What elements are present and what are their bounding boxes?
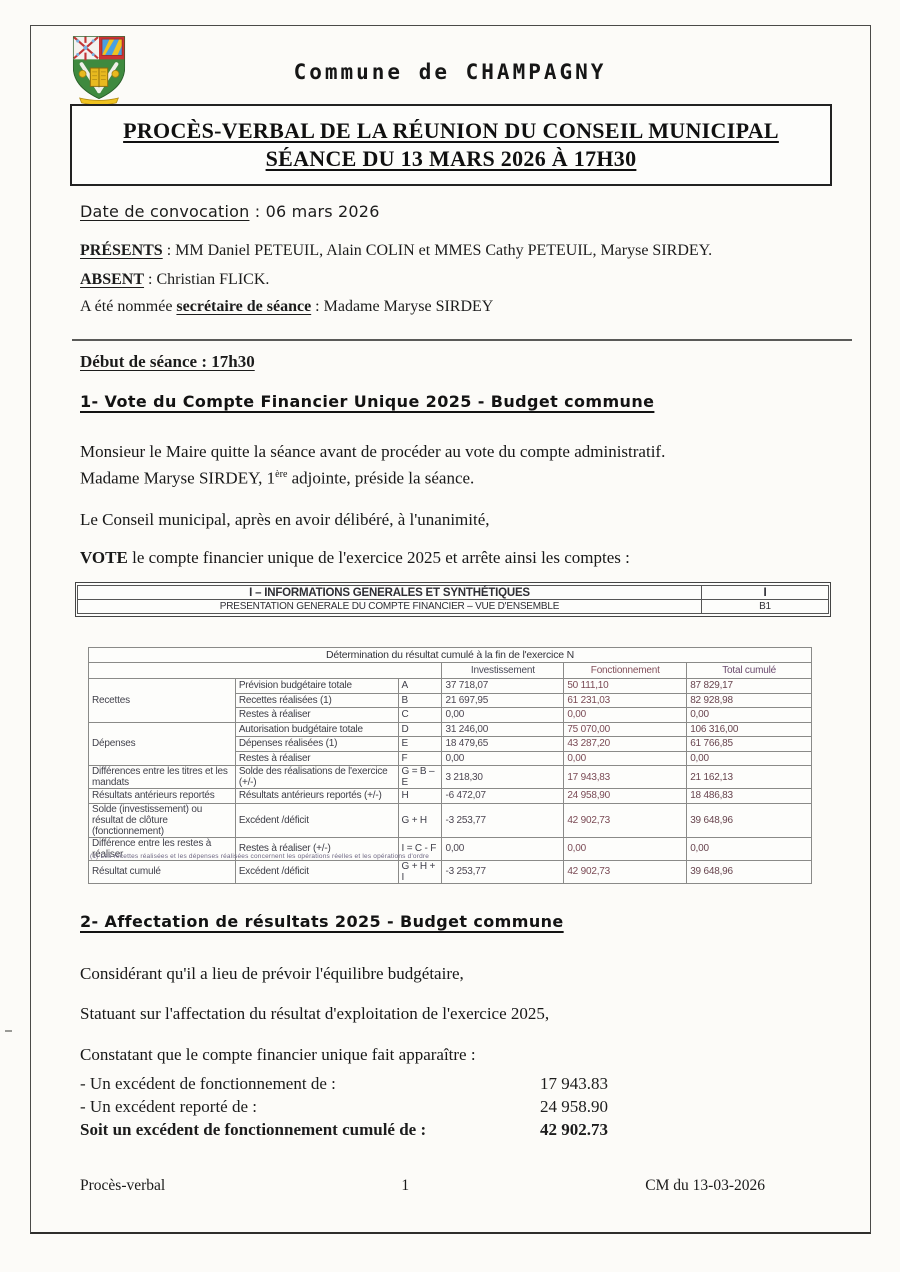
value-cell: 3 218,30 [442,766,564,789]
value-cell: 0,00 [687,708,812,723]
value-cell: 0,00 [442,751,564,766]
code-cell: E [398,737,442,752]
label-cell: Dépenses réalisées (1) [235,737,398,752]
info-table-row: I – INFORMATIONS GENERALES ET SYNTHÉTIQU… [78,586,829,600]
fin-table-header-blank [89,663,442,679]
result-row-total: Soit un excédent de fonctionnement cumul… [80,1118,720,1141]
table-row: Résultat cumulé Excédent /déficit G + H … [89,860,812,883]
value-cell: 21 162,13 [687,766,812,789]
label-cell: Excédent /déficit [235,860,398,883]
label-cell: Prévision budgétaire totale [235,679,398,694]
results-summary: - Un excédent de fonctionnement de : 17 … [80,1072,720,1141]
fin-table-header-row: Investissement Fonctionnement Total cumu… [89,663,812,679]
value-cell: 87 829,17 [687,679,812,694]
document-title-line-1: PROCÈS-VERBAL DE LA RÉUNION DU CONSEIL M… [123,118,779,144]
value-cell: 0,00 [687,751,812,766]
info-row1-label: I – INFORMATIONS GENERALES ET SYNTHÉTIQU… [78,586,702,600]
footer-meeting-ref: CM du 13-03-2026 [645,1177,765,1195]
table-footnote: (1) Les recettes réalisées et les dépens… [90,853,429,860]
value-cell: 0,00 [442,708,564,723]
label-cell: Restes à réaliser [235,751,398,766]
col-header-investissement: Investissement [442,663,564,679]
section-2-paragraph-2: Statuant sur l'affectation du résultat d… [80,1002,800,1025]
horizontal-divider [72,339,852,341]
secretary-prefix: A été nommée [80,298,176,315]
result-row: - Un excédent de fonctionnement de : 17 … [80,1072,720,1095]
group-cell: Solde (investissement) ou résultat de cl… [89,803,236,837]
value-cell: 39 648,96 [687,860,812,883]
value-cell: 42 902,73 [564,803,687,837]
document-title-box: PROCÈS-VERBAL DE LA RÉUNION DU CONSEIL M… [70,104,832,186]
info-row1-code: I [702,586,829,600]
value-cell: 24 958,90 [564,789,687,804]
vote-text: le compte financier unique de l'exercice… [128,548,630,567]
value-cell: 18 479,65 [442,737,564,752]
value-cell: 39 648,96 [687,803,812,837]
code-cell: G + H + I [398,860,442,883]
col-header-total: Total cumulé [687,663,812,679]
group-cell: Résultats antérieurs reportés [89,789,236,804]
footer-doc-type: Procès-verbal [80,1177,165,1195]
code-cell: G + H [398,803,442,837]
col-header-fonctionnement: Fonctionnement [564,663,687,679]
financial-results-table: Détermination du résultat cumulé à la fi… [88,647,812,884]
label-cell: Excédent /déficit [235,803,398,837]
value-cell: 106 316,00 [687,722,812,737]
value-cell: 0,00 [442,837,564,860]
label-cell: Résultats antérieurs reportés (+/-) [235,789,398,804]
secretary-label: secrétaire de séance [176,298,311,315]
label-cell: Recettes réalisées (1) [235,693,398,708]
value-cell: 17 943,83 [564,766,687,789]
convocation-date-line: Date de convocation : 06 mars 2026 [80,202,380,221]
page-footer: Procès-verbal 1 CM du 13-03-2026 [80,1177,765,1195]
table-row: Différences entre les titres et les mand… [89,766,812,789]
commune-title: Commune de CHAMPAGNY [0,60,900,84]
section-1-paragraph-2: Le Conseil municipal, après en avoir dél… [80,508,800,531]
value-cell: 18 486,83 [687,789,812,804]
presents-line: PRÉSENTS : MM Daniel PETEUIL, Alain COLI… [80,242,712,260]
info-table-row: PRESENTATION GENERALE DU COMPTE FINANCIE… [78,600,829,614]
group-cell: Résultat cumulé [89,860,236,883]
code-cell: F [398,751,442,766]
vote-label: VOTE [80,548,128,567]
value-cell: 0,00 [564,708,687,723]
label-cell: Solde des réalisations de l'exercice (+/… [235,766,398,789]
section-2-paragraph-3: Constatant que le compte financier uniqu… [80,1043,800,1066]
table-row: Dépenses Autorisation budgétaire totale … [89,722,812,737]
secretary-name: : Madame Maryse SIRDEY [311,298,493,315]
para1-line2b: adjointe, préside la séance. [287,469,474,488]
result-value: 42 902.73 [540,1118,660,1141]
info-row2-code: B1 [702,600,829,614]
value-cell: 42 902,73 [564,860,687,883]
group-cell: Dépenses [89,722,236,766]
footer-page-number: 1 [401,1177,409,1195]
result-label: Soit un excédent de fonctionnement cumul… [80,1118,540,1141]
value-cell: -3 253,77 [442,860,564,883]
value-cell: 0,00 [564,837,687,860]
secretary-line: A été nommée secrétaire de séance : Mada… [80,298,493,316]
value-cell: -3 253,77 [442,803,564,837]
convocation-value: : 06 mars 2026 [249,202,379,221]
code-cell: G = B – E [398,766,442,789]
fin-table-title-row: Détermination du résultat cumulé à la fi… [89,648,812,663]
result-value: 24 958.90 [540,1095,660,1118]
value-cell: -6 472,07 [442,789,564,804]
absent-line: ABSENT : Christian FLICK. [80,271,269,289]
para1-superscript: ère [275,469,287,480]
code-cell: H [398,789,442,804]
section-2-paragraph-1: Considérant qu'il a lieu de prévoir l'éq… [80,962,800,985]
table-row: Recettes Prévision budgétaire totale A 3… [89,679,812,694]
result-row: - Un excédent reporté de : 24 958.90 [80,1095,720,1118]
document-title-line-2: SÉANCE DU 13 MARS 2026 À 17H30 [266,146,637,172]
absent-label: ABSENT [80,271,144,288]
code-cell: B [398,693,442,708]
value-cell: 75 070,00 [564,722,687,737]
section-2-heading: 2- Affectation de résultats 2025 - Budge… [80,912,564,931]
convocation-label: Date de convocation [80,202,249,221]
code-cell: A [398,679,442,694]
value-cell: 50 111,10 [564,679,687,694]
vote-paragraph: VOTE le compte financier unique de l'exe… [80,546,800,569]
value-cell: 0,00 [564,751,687,766]
presents-label: PRÉSENTS [80,242,163,259]
absent-name: : Christian FLICK. [144,271,269,288]
group-cell: Différences entre les titres et les mand… [89,766,236,789]
section-1-paragraph-1: Monsieur le Maire quitte la séance avant… [80,440,800,490]
code-cell: D [398,722,442,737]
result-label: - Un excédent de fonctionnement de : [80,1072,540,1095]
result-value: 17 943.83 [540,1072,660,1095]
info-row2-label: PRESENTATION GENERALE DU COMPTE FINANCIE… [78,600,702,614]
para1-line1: Monsieur le Maire quitte la séance avant… [80,442,665,461]
value-cell: 43 287,20 [564,737,687,752]
value-cell: 0,00 [687,837,812,860]
group-cell: Recettes [89,679,236,723]
value-cell: 21 697,95 [442,693,564,708]
session-start-line: Début de séance : 17h30 [80,352,255,372]
value-cell: 31 246,00 [442,722,564,737]
value-cell: 82 928,98 [687,693,812,708]
value-cell: 61 766,85 [687,737,812,752]
label-cell: Autorisation budgétaire totale [235,722,398,737]
table-row: Résultats antérieurs reportés Résultats … [89,789,812,804]
table-row: Solde (investissement) ou résultat de cl… [89,803,812,837]
section-1-heading: 1- Vote du Compte Financier Unique 2025 … [80,392,654,411]
result-label: - Un excédent reporté de : [80,1095,540,1118]
para1-line2a: Madame Maryse SIRDEY, 1 [80,469,275,488]
scan-artifact [5,1030,12,1032]
presents-names: : MM Daniel PETEUIL, Alain COLIN et MMES… [163,242,712,259]
fin-table-title: Détermination du résultat cumulé à la fi… [89,648,812,663]
code-cell: C [398,708,442,723]
label-cell: Restes à réaliser [235,708,398,723]
value-cell: 61 231,03 [564,693,687,708]
info-summary-table: I – INFORMATIONS GENERALES ET SYNTHÉTIQU… [75,582,831,617]
value-cell: 37 718,07 [442,679,564,694]
